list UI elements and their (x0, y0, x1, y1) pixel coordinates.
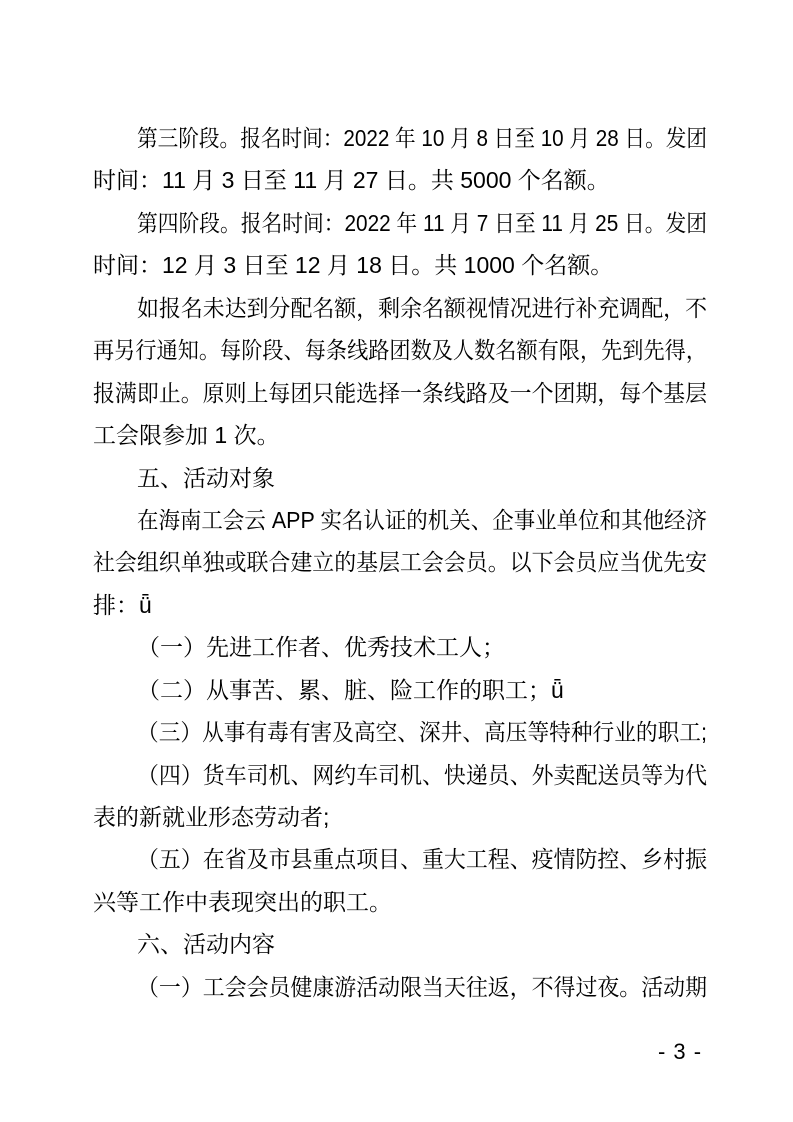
text-line-text: 社会组织单独或联合建立的基层工会会员。以下会员应当优先安 (93, 541, 707, 583)
text-line: 兴等工作中表现突出的职工。 (93, 881, 707, 923)
text-line: 工会限参加 1 次。 (93, 414, 707, 456)
list-item-text: （五）在省及市县重点项目、重大工程、疫情防控、乡村振 (137, 838, 707, 880)
text-line: 排：ǖ (93, 584, 707, 626)
text-line: 时间：12 月 3 日至 12 月 18 日。共 1000 个名额。 (93, 244, 707, 286)
text-line: 在海南工会云 APP 实名认证的机关、企事业单位和其他经济 (93, 499, 707, 541)
text-line-text: 排：ǖ (93, 584, 152, 626)
text-line-text: 报满即止。原则上每团只能选择一条线路及一个团期，每个基层 (93, 372, 707, 414)
section-heading-text: 五、活动对象 (137, 457, 275, 499)
document-body: 第三阶段。报名时间：2022 年 10 月 8 日至 10 月 28 日。发团 … (93, 117, 707, 1008)
list-item-text: （二）从事苦、累、脏、险工作的职工；ǖ (137, 669, 564, 711)
document-page: 第三阶段。报名时间：2022 年 10 月 8 日至 10 月 28 日。发团 … (0, 0, 793, 1122)
list-item-text: （一）工会会员健康游活动限当天往返，不得过夜。活动期 (137, 966, 707, 1008)
text-line-text: 第四阶段。报名时间：2022 年 11 月 7 日至 11 月 25 日。发团 (137, 202, 707, 244)
text-line: 如报名未达到分配名额，剩余名额视情况进行补充调配，不 (93, 287, 707, 329)
text-line-text: 表的新就业形态劳动者; (93, 796, 329, 838)
text-line: 表的新就业形态劳动者; (93, 796, 707, 838)
list-item: （四）货车司机、网约车司机、快递员、外卖配送员等为代 (93, 754, 707, 796)
text-line-text: 时间：12 月 3 日至 12 月 18 日。共 1000 个名额。 (93, 244, 613, 286)
text-line: 社会组织单独或联合建立的基层工会会员。以下会员应当优先安 (93, 541, 707, 583)
text-line-text: 工会限参加 1 次。 (93, 414, 280, 456)
text-line: 再另行通知。每阶段、每条线路团数及人数名额有限，先到先得， (93, 329, 707, 371)
text-line-text: 时间：11 月 3 日至 11 月 27 日。共 5000 个名额。 (93, 159, 610, 201)
text-line: 第三阶段。报名时间：2022 年 10 月 8 日至 10 月 28 日。发团 (93, 117, 707, 159)
list-item: （二）从事苦、累、脏、险工作的职工；ǖ (93, 669, 707, 711)
page-number: - 3 - (650, 1038, 710, 1066)
section-heading: 五、活动对象 (93, 457, 707, 499)
list-item: （五）在省及市县重点项目、重大工程、疫情防控、乡村振 (93, 838, 707, 880)
list-item: （三）从事有毒有害及高空、深井、高压等特种行业的职工; (93, 711, 707, 753)
text-line: 时间：11 月 3 日至 11 月 27 日。共 5000 个名额。 (93, 159, 707, 201)
section-heading-text: 六、活动内容 (137, 923, 275, 965)
text-line-text: 再另行通知。每阶段、每条线路团数及人数名额有限，先到先得， (93, 329, 707, 371)
list-item-text: （一）先进工作者、优秀技术工人； (137, 626, 505, 668)
list-item-text: （三）从事有毒有害及高空、深井、高压等特种行业的职工; (137, 711, 707, 753)
section-heading: 六、活动内容 (93, 923, 707, 965)
text-line-text: 在海南工会云 APP 实名认证的机关、企事业单位和其他经济 (137, 499, 707, 541)
text-line-text: 兴等工作中表现突出的职工。 (93, 881, 392, 923)
list-item: （一）先进工作者、优秀技术工人； (93, 626, 707, 668)
text-line-text: 第三阶段。报名时间：2022 年 10 月 8 日至 10 月 28 日。发团 (137, 117, 707, 159)
list-item: （一）工会会员健康游活动限当天往返，不得过夜。活动期 (93, 966, 707, 1008)
text-line-text: 如报名未达到分配名额，剩余名额视情况进行补充调配，不 (137, 287, 707, 329)
text-line: 报满即止。原则上每团只能选择一条线路及一个团期，每个基层 (93, 372, 707, 414)
list-item-text: （四）货车司机、网约车司机、快递员、外卖配送员等为代 (137, 754, 707, 796)
text-line: 第四阶段。报名时间：2022 年 11 月 7 日至 11 月 25 日。发团 (93, 202, 707, 244)
